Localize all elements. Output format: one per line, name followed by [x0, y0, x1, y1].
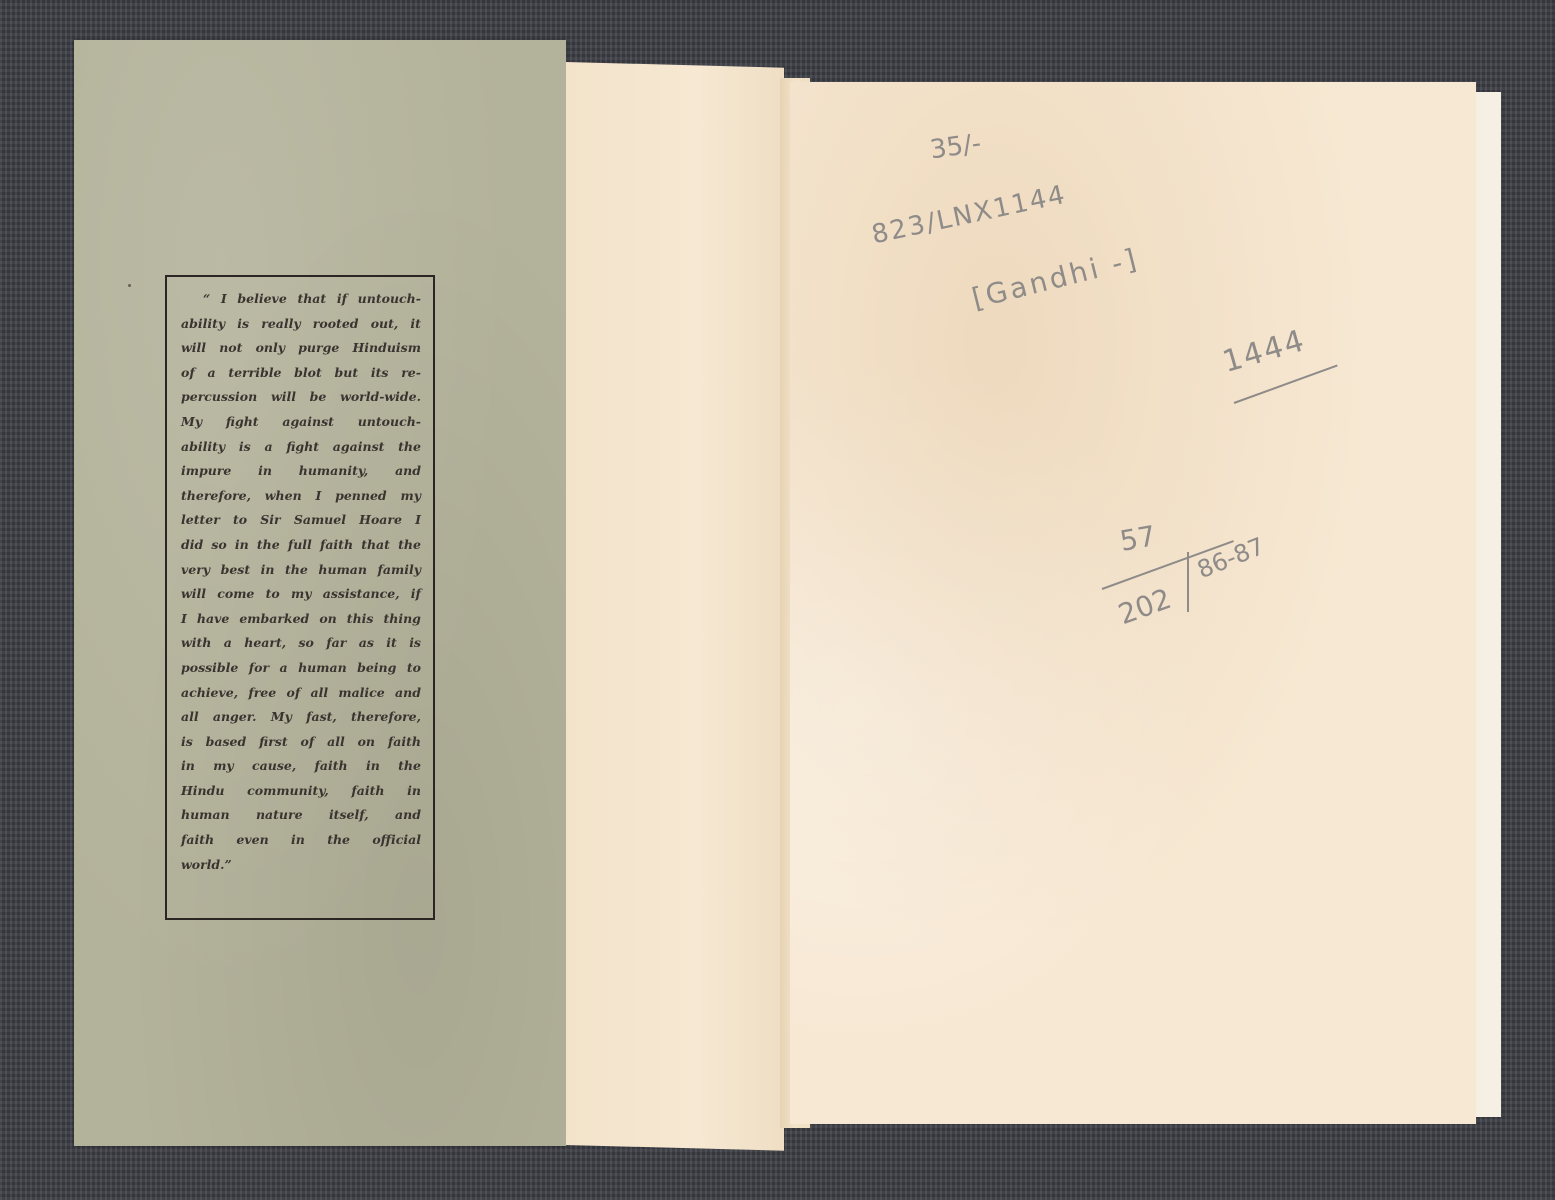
quote-line: humannatureitself,and — [181, 803, 421, 828]
quote-line: “Ibelievethatifuntouch- — [181, 287, 421, 312]
left-page — [566, 62, 784, 1151]
quote-line: withaheart,sofarasitis — [181, 631, 421, 656]
quote-line: didsointhefullfaiththatthe — [181, 533, 421, 558]
quote-line: faithevenintheofficial — [181, 828, 421, 853]
cover-quote-box: “Ibelievethatifuntouch- abilityisreallyr… — [165, 275, 435, 920]
quote-line: therefore,whenIpennedmy — [181, 484, 421, 509]
pencil-divider — [1187, 552, 1189, 612]
quote-line: lettertoSirSamuelHoareI — [181, 508, 421, 533]
right-endpaper: 35/- 823/LNX1144 [Gandhi -] 1444 57 202 … — [790, 82, 1476, 1124]
pencil-fraction-bottom: 202 — [1114, 582, 1176, 631]
pencil-fraction-top: 57 — [1117, 519, 1158, 558]
quote-line: willnotonlypurgeHinduism — [181, 336, 421, 361]
quote-line: abilityisreallyrootedout,it — [181, 312, 421, 337]
quote-line: abilityisafightagainstthe — [181, 435, 421, 460]
quote-line: allanger.Myfast,therefore, — [181, 705, 421, 730]
quote-line: impureinhumanity,and — [181, 459, 421, 484]
quote-line: ofaterribleblotbutitsre- — [181, 361, 421, 386]
quote-line: percussionwillbeworld-wide. — [181, 385, 421, 410]
quote-line: world.” — [181, 853, 421, 878]
pencil-catalog-number: 823/LNX1144 — [869, 180, 1069, 251]
pencil-price: 35/- — [928, 129, 983, 166]
quote-line: possibleforahumanbeingto — [181, 656, 421, 681]
pencil-subject: [Gandhi -] — [969, 242, 1143, 315]
quote-line: Myfightagainstuntouch- — [181, 410, 421, 435]
quote-line: inmycause,faithinthe — [181, 754, 421, 779]
quote-line: verybestinthehumanfamily — [181, 558, 421, 583]
pencil-number: 1444 — [1219, 323, 1310, 380]
quote-line: achieve,freeofallmaliceand — [181, 681, 421, 706]
right-flyleaf — [1476, 92, 1501, 1117]
quote-line: Hinducommunity,faithin — [181, 779, 421, 804]
speck — [128, 284, 131, 287]
quote-line: isbasedfirstofallonfaith — [181, 730, 421, 755]
quote-line: willcometomyassistance,if — [181, 582, 421, 607]
quote-line: Ihaveembarkedonthisthing — [181, 607, 421, 632]
